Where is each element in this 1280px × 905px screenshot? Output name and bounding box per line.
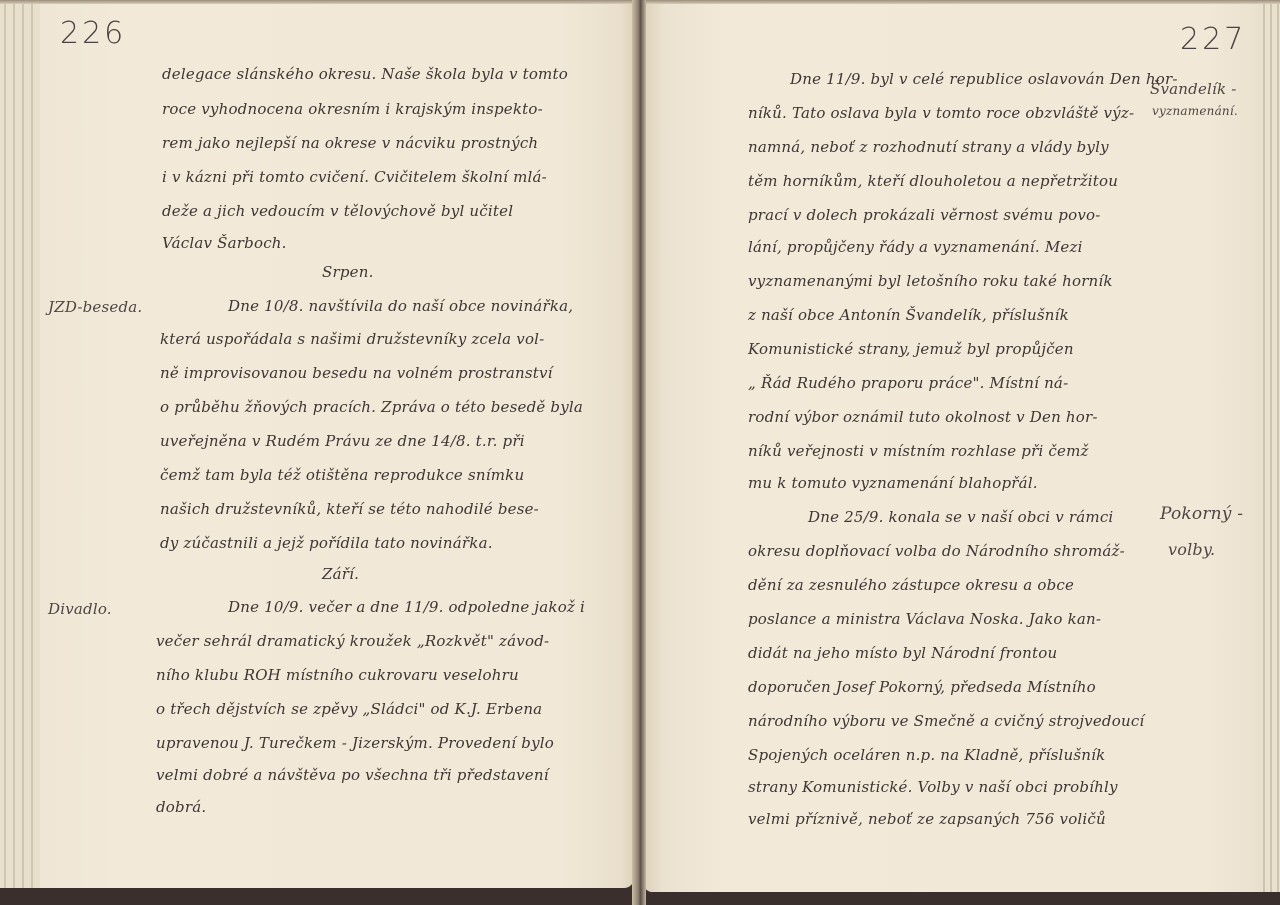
right-page-edges	[1260, 0, 1280, 892]
text-line: lání, propůjčeny řády a vyznamenání. Mez…	[748, 238, 1083, 256]
margin-note-divadlo: Divadlo.	[48, 600, 112, 618]
text-line: dy zúčastnili a jejž pořídila tato novin…	[160, 534, 493, 552]
book-gutter	[632, 0, 646, 905]
text-line: delegace slánského okresu. Naše škola by…	[162, 65, 568, 83]
text-line: roce vyhodnocena okresním i krajským ins…	[162, 100, 543, 118]
text-line: z naší obce Antonín Švandelík, příslušní…	[748, 306, 1069, 324]
text-line: okresu doplňovací volba do Národního shr…	[748, 542, 1125, 560]
text-line: o průběhu žňových pracích. Zpráva o této…	[160, 398, 583, 416]
text-line: Spojených oceláren n.p. na Kladně, přísl…	[748, 746, 1105, 764]
text-line: našich družstevníků, kteří se této nahod…	[160, 500, 539, 518]
margin-note-vyznamenani: vyznamenání.	[1152, 104, 1238, 118]
text-line: deže a jich vedoucím v tělovýchově byl u…	[162, 202, 513, 220]
text-line: Václav Šarboch.	[162, 234, 287, 252]
text-line: ního klubu ROH místního cukrovaru veselo…	[156, 666, 519, 684]
text-line: doporučen Josef Pokorný, předseda Místní…	[748, 678, 1096, 696]
text-line: velmi dobré a návštěva po všechna tři př…	[156, 766, 549, 784]
text-line: velmi příznivě, neboť ze zapsaných 756 v…	[748, 810, 1106, 828]
margin-note-volby: volby.	[1168, 540, 1215, 559]
text-line: národního výboru ve Smečně a cvičný stro…	[748, 712, 1144, 730]
text-line: poslance a ministra Václava Noska. Jako …	[748, 610, 1101, 628]
text-line: i v kázni při tomto cvičení. Cvičitelem …	[162, 168, 547, 186]
open-chronicle-book: 226 delegace slánského okresu. Naše škol…	[0, 0, 1280, 905]
text-line: rodní výbor oznámil tuto okolnost v Den …	[748, 408, 1098, 426]
text-line: dění za zesnulého zástupce okresu a obce	[748, 576, 1074, 594]
month-heading-august: Srpen.	[322, 263, 374, 281]
text-line: strany Komunistické. Volby v naší obci p…	[748, 778, 1118, 796]
text-line: vyznamenanými byl letošního roku také ho…	[748, 272, 1113, 290]
text-line: večer sehrál dramatický kroužek „Rozkvět…	[156, 632, 549, 650]
page-number-right: 227	[1180, 22, 1246, 57]
text-line: níků veřejnosti v místním rozhlase při č…	[748, 442, 1089, 460]
text-line: čemž tam byla též otištěna reprodukce sn…	[160, 466, 524, 484]
text-line: uveřejněna v Rudém Právu ze dne 14/8. t.…	[160, 432, 525, 450]
text-line: ně improvisovanou besedu na volném prost…	[160, 364, 553, 382]
text-line: o třech dějstvích se zpěvy „Sládci" od K…	[156, 700, 542, 718]
margin-note-pokorny: Pokorný -	[1160, 504, 1243, 524]
text-line: Dne 10/8. navštívila do naší obce noviná…	[228, 297, 573, 315]
text-line: těm horníkům, kteří dlouholetou a nepřet…	[748, 172, 1118, 190]
text-line: mu k tomuto vyznamenání blahopřál.	[748, 474, 1038, 492]
text-line: rem jako nejlepší na okrese v nácviku pr…	[162, 134, 538, 152]
text-line: „ Řád Rudého praporu práce". Místní ná-	[748, 374, 1068, 392]
text-line: níků. Tato oslava byla v tomto roce obzv…	[748, 104, 1134, 122]
text-line: která uspořádala s našimi družstevníky z…	[160, 330, 544, 348]
text-line: Dne 10/9. večer a dne 11/9. odpoledne ja…	[228, 598, 585, 616]
text-line: didát na jeho místo byl Národní frontou	[748, 644, 1057, 662]
text-line: Dne 25/9. konala se v naší obci v rámci	[808, 508, 1113, 526]
text-line: dobrá.	[156, 798, 206, 816]
margin-note-jzd-beseda: JZD-beseda.	[48, 298, 142, 316]
text-line: namná, neboť z rozhodnutí strany a vlády…	[748, 138, 1109, 156]
text-line: prací v dolech prokázali věrnost svému p…	[748, 206, 1101, 224]
left-page-edges	[0, 0, 40, 888]
text-line: Komunistické strany, jemuž byl propůjčen	[748, 340, 1074, 358]
text-line: Dne 11/9. byl v celé republice oslavován…	[790, 70, 1178, 88]
text-line: upravenou J. Turečkem - Jizerským. Prove…	[156, 734, 554, 752]
page-number-left: 226	[60, 16, 126, 51]
month-heading-september: Září.	[322, 565, 359, 583]
